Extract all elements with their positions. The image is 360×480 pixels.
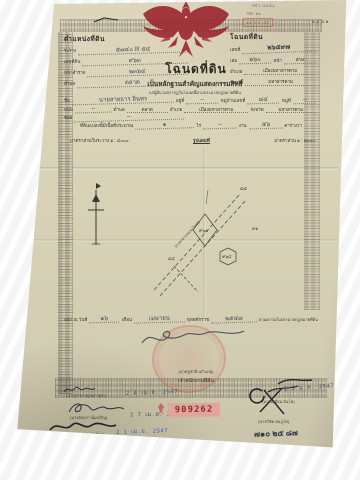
adjacent-parcel-number: ๙๖๔ bbox=[222, 254, 232, 259]
area-ngan-value: – bbox=[203, 122, 237, 130]
owner-amphoe-value: เมืองมหาสารคาม bbox=[184, 108, 248, 114]
issue-month: เมษายน bbox=[134, 315, 185, 323]
deed-subnote: แก่ผู้มีนามปรากฏในโฉนดนี้ตามประมวลกฎหมาย… bbox=[95, 89, 295, 96]
pencil-note-1: ผจว. ๔๑๘๖ bbox=[252, 2, 275, 9]
map-number-3: ๘๔ bbox=[168, 256, 175, 261]
issue-era-label: พุทธศักราช bbox=[187, 316, 209, 323]
registrar-name-3: (นายพลพชัย สมันต์ศรีสุข) bbox=[60, 431, 104, 438]
area-rai-label: ไร่ bbox=[196, 122, 201, 129]
issue-suffix: ตามความในประมวลกฎหมายที่ดิน bbox=[259, 316, 318, 323]
map-number-2: ๙๑ bbox=[252, 226, 258, 231]
deed-box-title: โฉนดที่ดิน bbox=[230, 32, 316, 42]
scale-right: มาตราส่วน ๑ : ๒๐๐๐ bbox=[274, 137, 315, 144]
officer-title: เจ้าพนักงานที่ดิน bbox=[140, 377, 252, 385]
area-rai-value: ๑ bbox=[135, 121, 194, 130]
pencil-number: ๑ ๕ ๘ ๑ bbox=[312, 18, 328, 25]
photo-background: { "document_type": "thai-land-title-deed… bbox=[0, 0, 360, 480]
pen-mark bbox=[92, 14, 122, 26]
house-value: ๘๔ bbox=[247, 97, 280, 105]
ravang-value: ๕๗๔๐ III ๕๔ bbox=[78, 46, 188, 56]
serial-number-stamp: 909262 bbox=[168, 403, 220, 418]
issue-year: ๒๕๔๗ bbox=[211, 315, 257, 323]
page-label: หน้า bbox=[273, 57, 282, 64]
deed-paper: ผจว. ๔๑๘๖ ทด. ๑๓ ๑๕ ธ.ค. ๕๔ ๑ ๕ ๘ ๑ ตำแห… bbox=[0, 0, 360, 480]
pencil-note-boxed: ๑๕ ธ.ค. ๕๔ bbox=[243, 18, 273, 27]
issue-prefix: ออก ณ วันที่ bbox=[64, 316, 87, 323]
issue-line: ออก ณ วันที่ ๑๖ เดือน เมษายน พุทธศักราช … bbox=[64, 316, 318, 323]
deed-subtitle: เป็นหลักฐานสำคัญแสดงกรรมสิทธิ์ bbox=[95, 79, 295, 89]
moo-label: หมู่ที่ bbox=[282, 97, 291, 104]
owner-tambon-label: ตำบล bbox=[114, 106, 125, 113]
owner-name-label: ชื่อ bbox=[64, 97, 70, 104]
area-line: ที่ดินแปลงนี้มีเนื้อที่ประมาณ ๑ ไร่ – งา… bbox=[80, 122, 302, 129]
soi-label: ซอย bbox=[64, 114, 72, 121]
handwritten-note: ๗๑๐ ๒๕ ๘๗ bbox=[254, 426, 298, 441]
owner-line-3: ซอย – bbox=[64, 114, 184, 121]
map-figure-label: รูปแผนที่ bbox=[193, 137, 210, 144]
area-wa-value: ๕๖ bbox=[249, 122, 283, 130]
amphoe-value: เมืองมหาสารคาม bbox=[244, 69, 316, 75]
serial-garuda-mark bbox=[156, 402, 166, 416]
road-label: ทางสาธารณประโยชน์ bbox=[173, 219, 201, 248]
pencil-note-2: ทด. ๑๓ bbox=[247, 10, 261, 17]
map-number-1: ๘๕ bbox=[240, 186, 247, 191]
page-value: ๙๗ bbox=[284, 56, 316, 64]
registrar-name-4: (นายเสมือน อินโต) bbox=[262, 398, 295, 405]
owner-province-value: มหาสารคาม bbox=[266, 108, 316, 114]
road-value: – bbox=[75, 106, 112, 114]
moo-value: – bbox=[293, 97, 316, 105]
officer-name: (นายชูชาติ แก้วเกตุ) bbox=[140, 368, 252, 375]
position-box-title: ตำแหน่งที่ดิน bbox=[64, 34, 188, 44]
scale-left: มาตราส่วนในระวาง ๑ : ๔๐๐๐ bbox=[70, 137, 129, 144]
officer-signature bbox=[138, 326, 248, 350]
issue-month-label: เดือน bbox=[122, 316, 132, 323]
owner-name-value: นายสายธาร อินทร bbox=[72, 96, 174, 106]
owner-line-2: ถนน – ตำบล ตลาด อำเภอ เมืองมหาสารคาม จัง… bbox=[64, 106, 316, 113]
registrar-name-1: (นางสาวกาญจนา ชูพา) bbox=[66, 392, 107, 399]
issue-day: ๑๖ bbox=[89, 316, 120, 324]
owner-addr-label: อยู่ที่ bbox=[176, 97, 184, 104]
area-label: ที่ดินแปลงนี้มีเนื้อที่ประมาณ bbox=[80, 122, 133, 129]
date-stamp-3-blue: 2 1 เม.ย. 2547 bbox=[116, 427, 168, 437]
owner-addr-value: – bbox=[186, 97, 219, 105]
owner-line-1: ชื่อ นายสายธาร อินทร อยู่ที่ – หมู่บ้านเ… bbox=[64, 97, 316, 104]
deed-number-value: ๒๖๕๙๗ bbox=[242, 44, 316, 54]
survey-label: หน้าสำรวจ bbox=[64, 69, 85, 76]
house-label: หมู่บ้านเลขที่ bbox=[221, 97, 246, 104]
parcel-sketch: ๙๖๓ ๙๖๔ ๘๕ ๙๑ ๘๔ ทางสาธารณประโยชน์ bbox=[140, 170, 280, 305]
scale-line: มาตราส่วนในระวาง ๑ : ๔๐๐๐ รูปแผนที่ มาตร… bbox=[70, 137, 315, 144]
area-wa-label: ตารางวา bbox=[284, 122, 302, 129]
tambon-label: ตำบล bbox=[64, 80, 75, 87]
road-label: ถนน bbox=[64, 106, 73, 113]
north-arrow-icon bbox=[85, 180, 107, 250]
owner-province-label: จังหวัด bbox=[250, 106, 263, 113]
parcel-number: ๙๖๓ bbox=[199, 228, 208, 233]
parcel-label: เลขที่ดิน bbox=[64, 58, 80, 65]
deed-number-label: เลขที่ bbox=[230, 46, 240, 53]
deed-title: โฉนดที่ดิน bbox=[140, 60, 252, 79]
area-ngan-label: งาน bbox=[239, 122, 247, 129]
ravang-label: ระวาง bbox=[64, 47, 76, 54]
registrar-name-5: (นายวิชัย ชมภูโต) bbox=[258, 418, 289, 425]
